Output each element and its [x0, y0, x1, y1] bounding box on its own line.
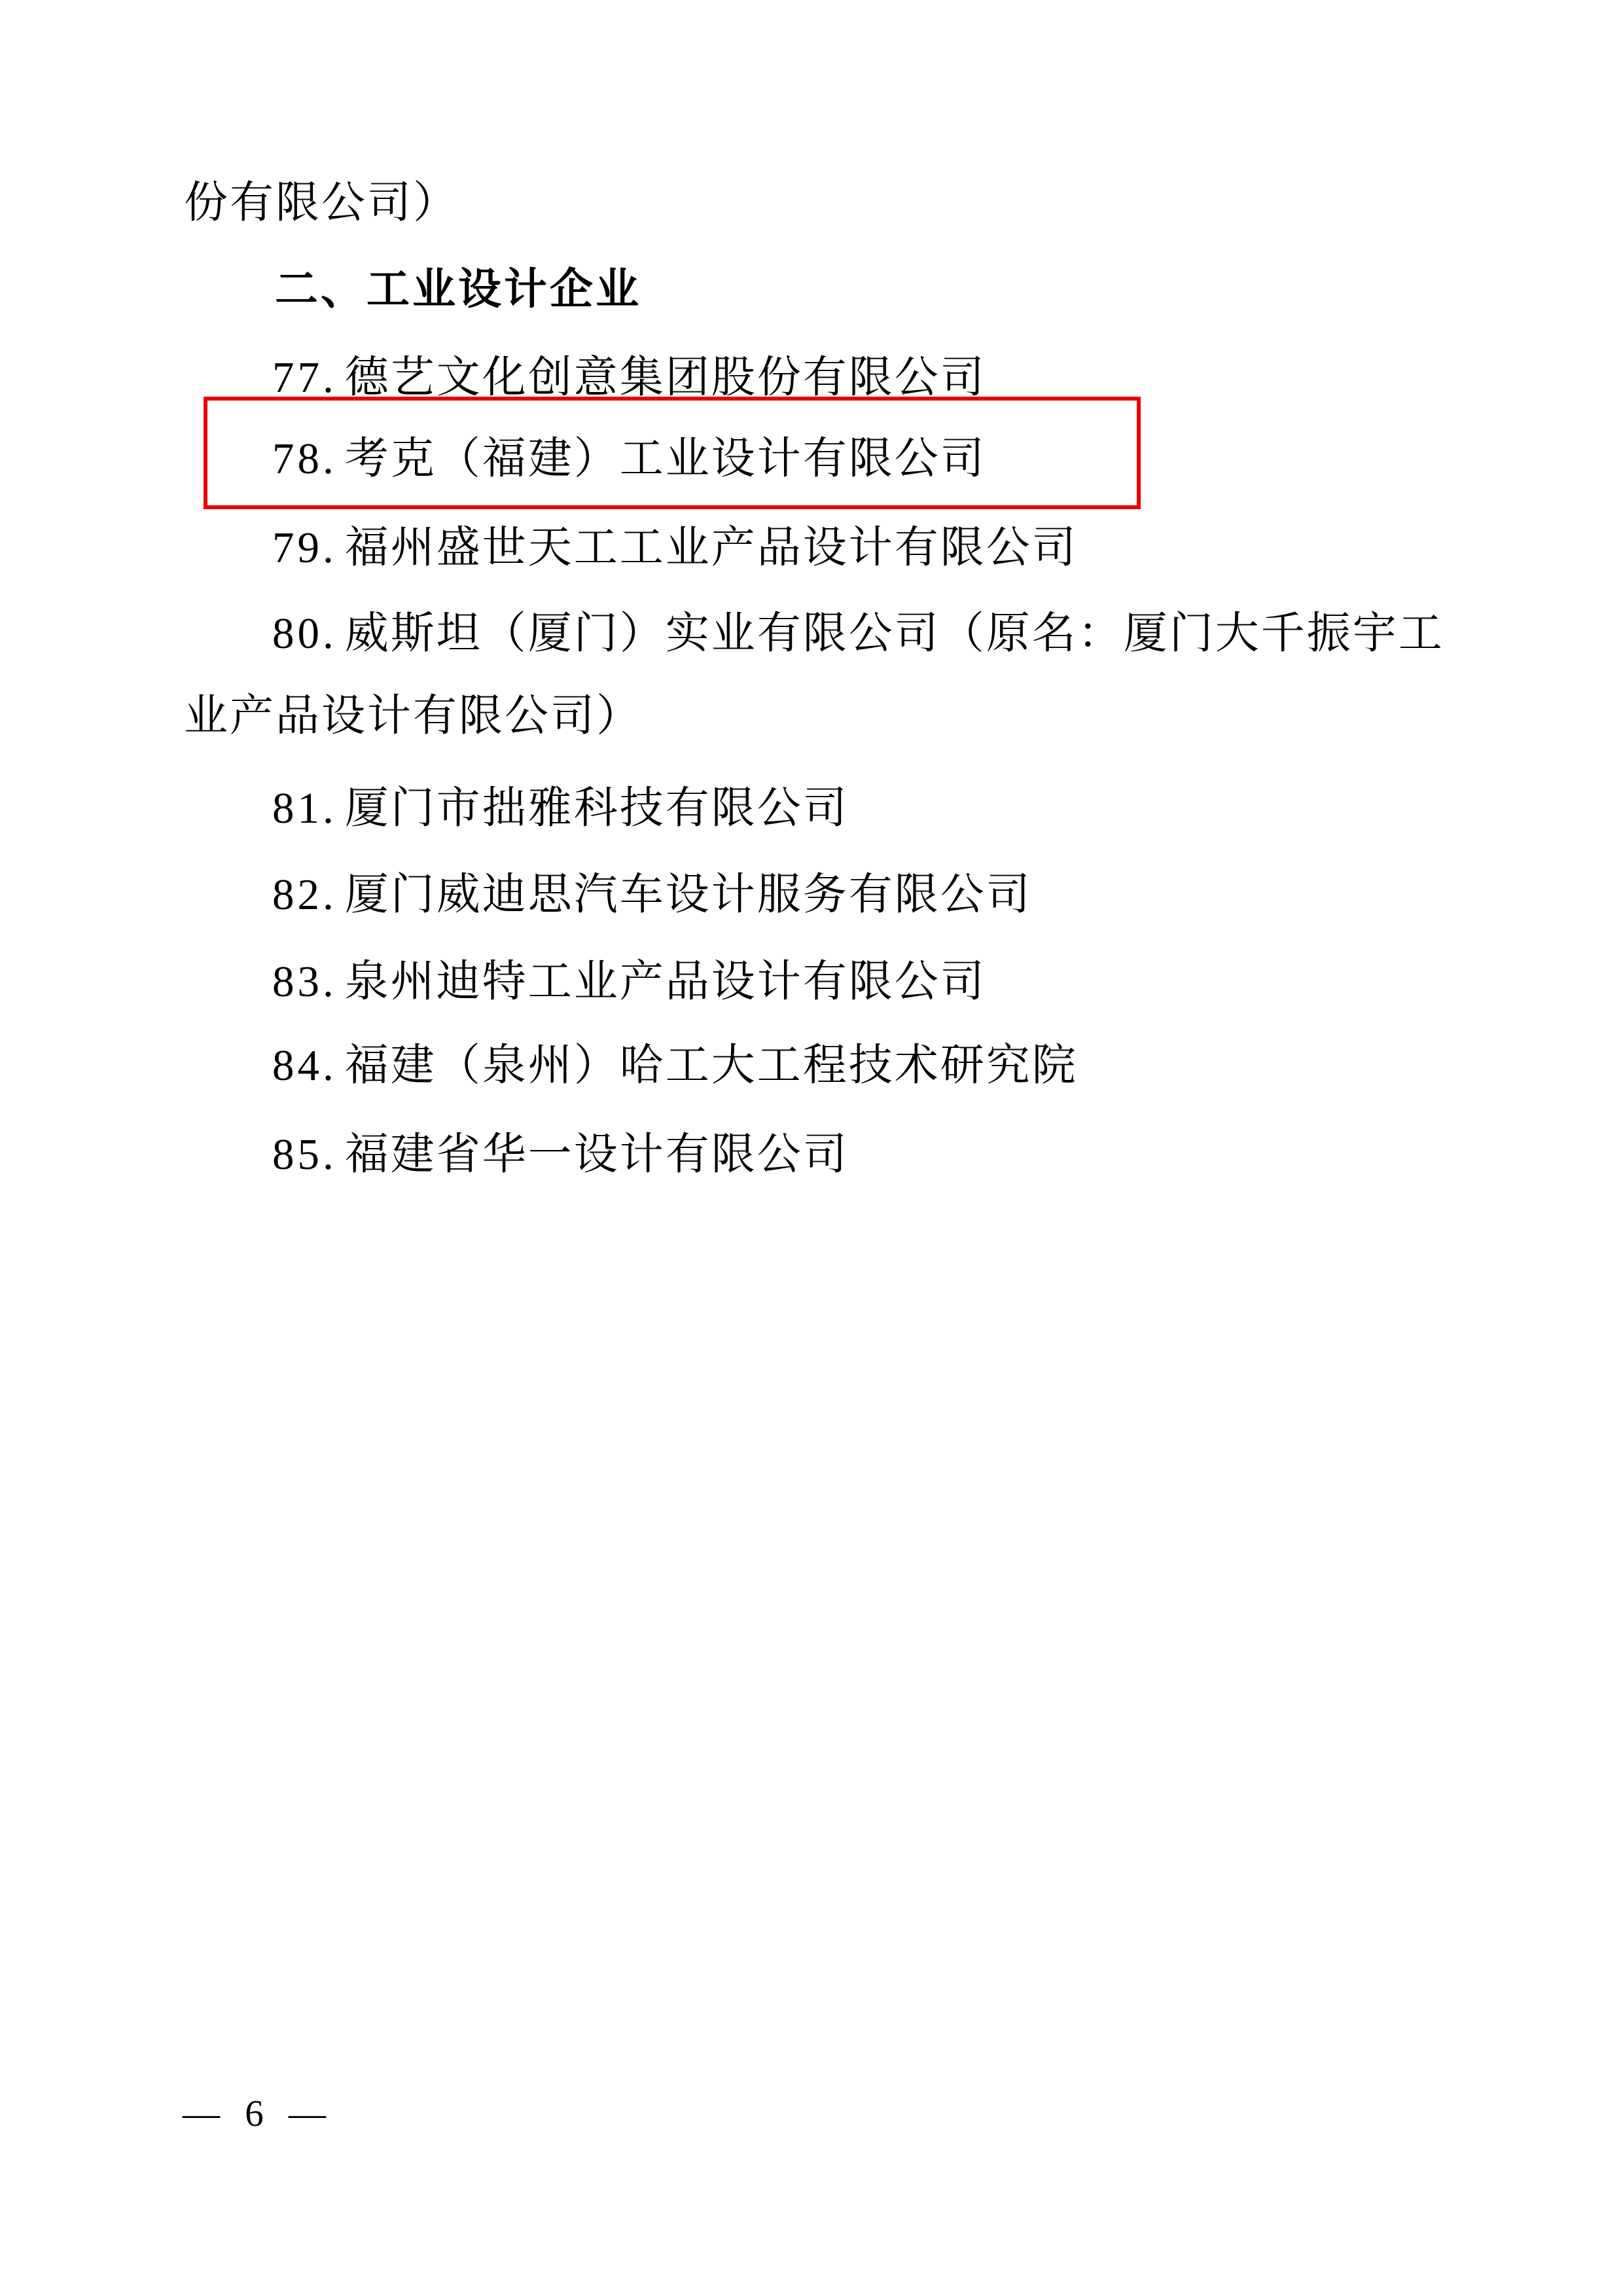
list-item-80-wrap: 业产品设计有限公司） [184, 691, 642, 742]
list-item-number: 84. [272, 1041, 337, 1090]
list-item-number: 77. [272, 353, 337, 402]
highlight-box-annotation [204, 397, 1141, 509]
list-item-82: 82.厦门威迪思汽车设计服务有限公司 [272, 870, 1032, 920]
list-item-81: 81.厦门市拙雅科技有限公司 [272, 783, 849, 834]
company-name: 福建（泉州）哈工大工程技术研究院 [345, 1041, 1078, 1090]
list-item-80: 80.威斯坦（厦门）实业有限公司（原名：厦门大千振宇工 [272, 609, 1444, 659]
company-name: 福州盛世天工工业产品设计有限公司 [345, 524, 1078, 572]
list-item-79: 79.福州盛世天工工业产品设计有限公司 [272, 523, 1078, 573]
list-item-85: 85.福建省华一设计有限公司 [272, 1130, 849, 1180]
continuation-text: 份有限公司） [184, 178, 459, 228]
document-page: 份有限公司） 二、工业设计企业 77.德艺文化创意集团股份有限公司 78.考克（… [0, 0, 1623, 2296]
list-item-number: 81. [272, 784, 337, 833]
list-item-77: 77.德艺文化创意集团股份有限公司 [272, 353, 986, 403]
company-name: 厦门威迪思汽车设计服务有限公司 [345, 870, 1032, 919]
section-heading: 二、工业设计企业 [275, 264, 641, 314]
company-name: 福建省华一设计有限公司 [345, 1130, 849, 1179]
list-item-number: 80. [272, 609, 337, 658]
company-name: 德艺文化创意集团股份有限公司 [345, 353, 986, 402]
list-item-number: 82. [272, 870, 337, 919]
list-item-number: 85. [272, 1130, 337, 1179]
list-item-83: 83.泉州迪特工业产品设计有限公司 [272, 957, 986, 1007]
list-item-84: 84.福建（泉州）哈工大工程技术研究院 [272, 1041, 1078, 1091]
company-name: 泉州迪特工业产品设计有限公司 [345, 958, 986, 1006]
company-name: 厦门市拙雅科技有限公司 [345, 784, 849, 833]
list-item-number: 79. [272, 524, 337, 572]
page-number: — 6 — [183, 2092, 329, 2135]
company-name: 威斯坦（厦门）实业有限公司（原名：厦门大千振宇工 [345, 609, 1444, 658]
list-item-number: 83. [272, 958, 337, 1006]
